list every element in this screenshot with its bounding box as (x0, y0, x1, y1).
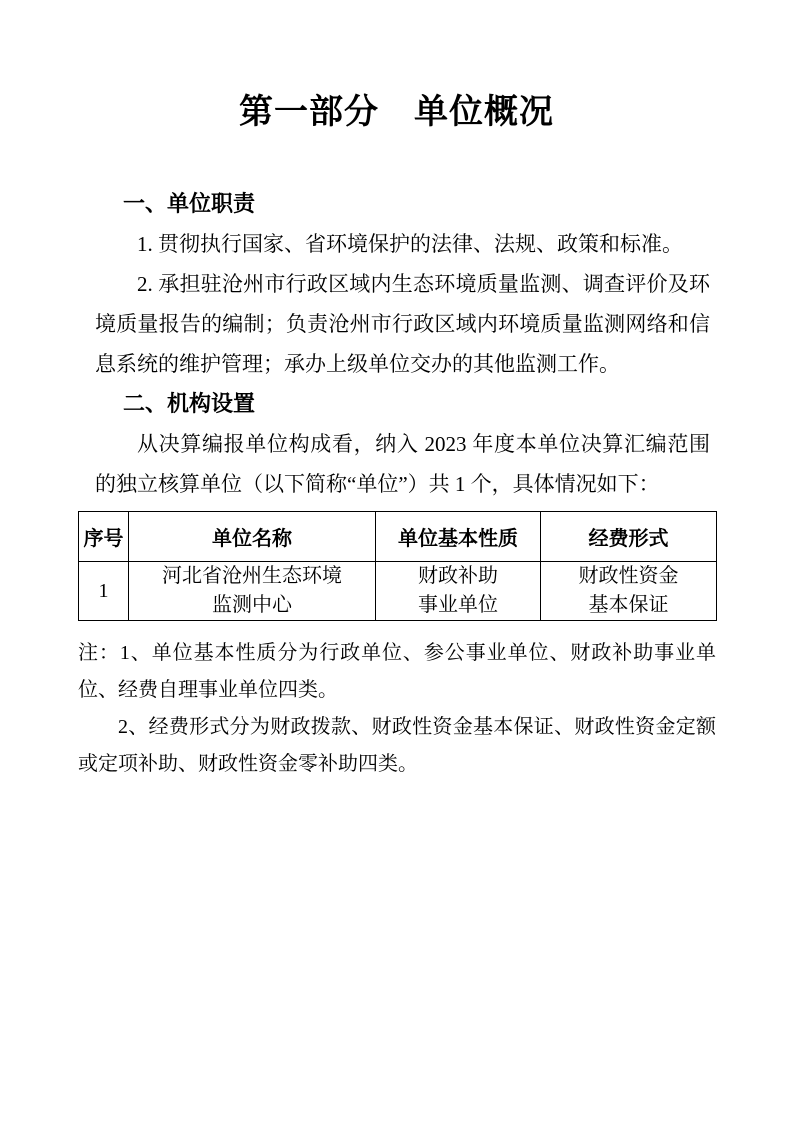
header-cell-unit-nature: 单位基本性质 (376, 512, 541, 562)
org-units-table: 序号 单位名称 单位基本性质 经费形式 1 河北省沧州生态环境 监测中心 财政补… (78, 511, 717, 621)
header-cell-index: 序号 (79, 512, 129, 562)
cell-funding-form: 财政性资金 基本保证 (541, 562, 717, 621)
table-row: 1 河北省沧州生态环境 监测中心 财政补助 事业单位 财政性资金 基本保证 (79, 562, 717, 621)
page-title: 第一部分 单位概况 (0, 90, 793, 134)
note-1: 注：1、单位基本性质分为行政单位、参公事业单位、财政补助事业单位、经费自理事业单… (78, 635, 716, 709)
paragraph-structure-intro: 从决算编报单位构成看，纳入 2023 年度本单位决算汇编范围的独立核算单位（以下… (95, 424, 710, 504)
notes-block: 注：1、单位基本性质分为行政单位、参公事业单位、财政补助事业单位、经费自理事业单… (78, 635, 716, 783)
note-2: 2、经费形式分为财政拨款、财政性资金基本保证、财政性资金定额或定项补助、财政性资… (78, 709, 716, 783)
header-cell-funding-form: 经费形式 (541, 512, 717, 562)
cell-index: 1 (79, 562, 129, 621)
table-header-row: 序号 单位名称 单位基本性质 经费形式 (79, 512, 717, 562)
paragraph-duty-1: 1. 贯彻执行国家、省环境保护的法律、法规、政策和标准。 (95, 224, 710, 264)
document-page: 第一部分 单位概况 一、单位职责 1. 贯彻执行国家、省环境保护的法律、法规、政… (0, 0, 793, 1122)
section-heading-structure: 二、机构设置 (123, 384, 710, 424)
cell-unit-nature: 财政补助 事业单位 (376, 562, 541, 621)
cell-unit-name: 河北省沧州生态环境 监测中心 (129, 562, 376, 621)
header-cell-unit-name: 单位名称 (129, 512, 376, 562)
section-heading-duties: 一、单位职责 (123, 184, 710, 224)
paragraph-duty-2: 2. 承担驻沧州市行政区域内生态环境质量监测、调查评价及环境质量报告的编制；负责… (95, 264, 710, 384)
document-body: 一、单位职责 1. 贯彻执行国家、省环境保护的法律、法规、政策和标准。 2. 承… (95, 184, 710, 504)
